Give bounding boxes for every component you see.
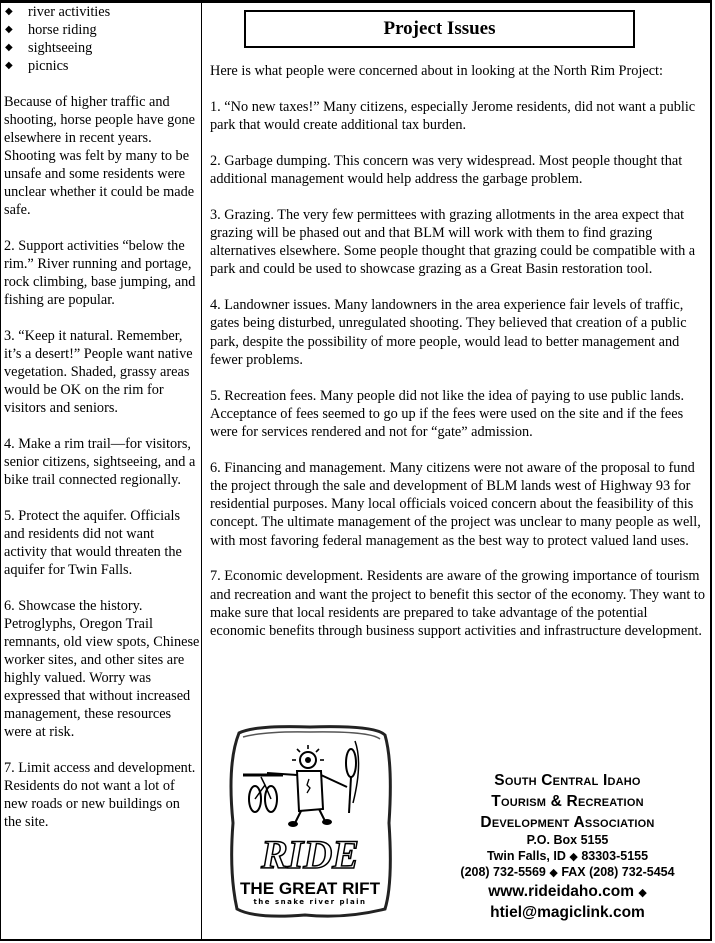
city-zip: Twin Falls, ID ◆ 83303-5155 bbox=[435, 849, 700, 866]
diamond-bullet-icon: ◆ bbox=[5, 3, 13, 21]
diamond-separator-icon: ◆ bbox=[569, 851, 577, 863]
svg-text:THE GREAT RIFT: THE GREAT RIFT bbox=[240, 879, 381, 898]
issue-garbage: 2. Garbage dumping. This concern was ver… bbox=[210, 152, 706, 188]
svg-text:the snake river plain: the snake river plain bbox=[253, 898, 366, 906]
left-column: ◆river activities ◆horse riding ◆sightse… bbox=[4, 3, 200, 831]
issue-financing: 6. Financing and management. Many citize… bbox=[210, 459, 706, 550]
page-title: Project Issues bbox=[244, 10, 635, 48]
svg-text:RIDE: RIDE bbox=[260, 832, 359, 877]
issue-landowner: 4. Landowner issues. Many landowners in … bbox=[210, 296, 706, 369]
showcase-history-paragraph: 6. Showcase the history. Petroglyphs, Or… bbox=[4, 597, 200, 742]
phone-fax: (208) 732-5569 ◆ FAX (208) 732-5454 bbox=[435, 865, 700, 882]
email-link[interactable]: htiel@magiclink.com bbox=[435, 903, 700, 923]
list-item: ◆sightseeing bbox=[4, 39, 200, 57]
org-name-line-3: Development Association bbox=[435, 812, 700, 833]
org-name-line-2: Tourism & Recreation bbox=[435, 791, 700, 812]
po-box: P.O. Box 5155 bbox=[435, 833, 700, 849]
limit-access-paragraph: 7. Limit access and development. Residen… bbox=[4, 759, 200, 831]
diamond-separator-icon: ◆ bbox=[638, 887, 646, 899]
issue-grazing: 3. Grazing. The very few permittees with… bbox=[210, 206, 706, 279]
activity-bullet-list: ◆river activities ◆horse riding ◆sightse… bbox=[4, 3, 200, 75]
intro-paragraph: Here is what people were concerned about… bbox=[210, 62, 706, 80]
ride-the-great-rift-logo: RIDE THE GREAT RIFT the snake river plai… bbox=[225, 723, 395, 923]
issue-economic-development: 7. Economic development. Residents are a… bbox=[210, 567, 706, 640]
keep-natural-paragraph: 3. “Keep it natural. Remember, it’s a de… bbox=[4, 327, 200, 417]
diamond-bullet-icon: ◆ bbox=[5, 39, 13, 57]
diamond-bullet-icon: ◆ bbox=[5, 21, 13, 39]
contact-block: South Central Idaho Tourism & Recreation… bbox=[435, 770, 700, 923]
diamond-separator-icon: ◆ bbox=[549, 867, 557, 879]
horse-traffic-paragraph: Because of higher traffic and shooting, … bbox=[4, 93, 200, 220]
support-activities-paragraph: 2. Support activities “below the rim.” R… bbox=[4, 237, 200, 309]
protect-aquifer-paragraph: 5. Protect the aquifer. Officials and re… bbox=[4, 507, 200, 579]
list-item: ◆horse riding bbox=[4, 21, 200, 39]
list-item: ◆river activities bbox=[4, 3, 200, 21]
website-line: www.rideidaho.com ◆ bbox=[435, 882, 700, 903]
website-link[interactable]: www.rideidaho.com bbox=[488, 883, 634, 900]
issue-recreation-fees: 5. Recreation fees. Many people did not … bbox=[210, 387, 706, 442]
project-issues-column: Here is what people were concerned about… bbox=[210, 62, 706, 640]
issue-taxes: 1. “No new taxes!” Many citizens, especi… bbox=[210, 98, 706, 134]
org-name-line-1: South Central Idaho bbox=[435, 770, 700, 791]
list-item: ◆picnics bbox=[4, 57, 200, 75]
diamond-bullet-icon: ◆ bbox=[5, 57, 13, 75]
column-divider bbox=[201, 0, 202, 939]
rim-trail-paragraph: 4. Make a rim trail—for visitors, senior… bbox=[4, 435, 200, 489]
